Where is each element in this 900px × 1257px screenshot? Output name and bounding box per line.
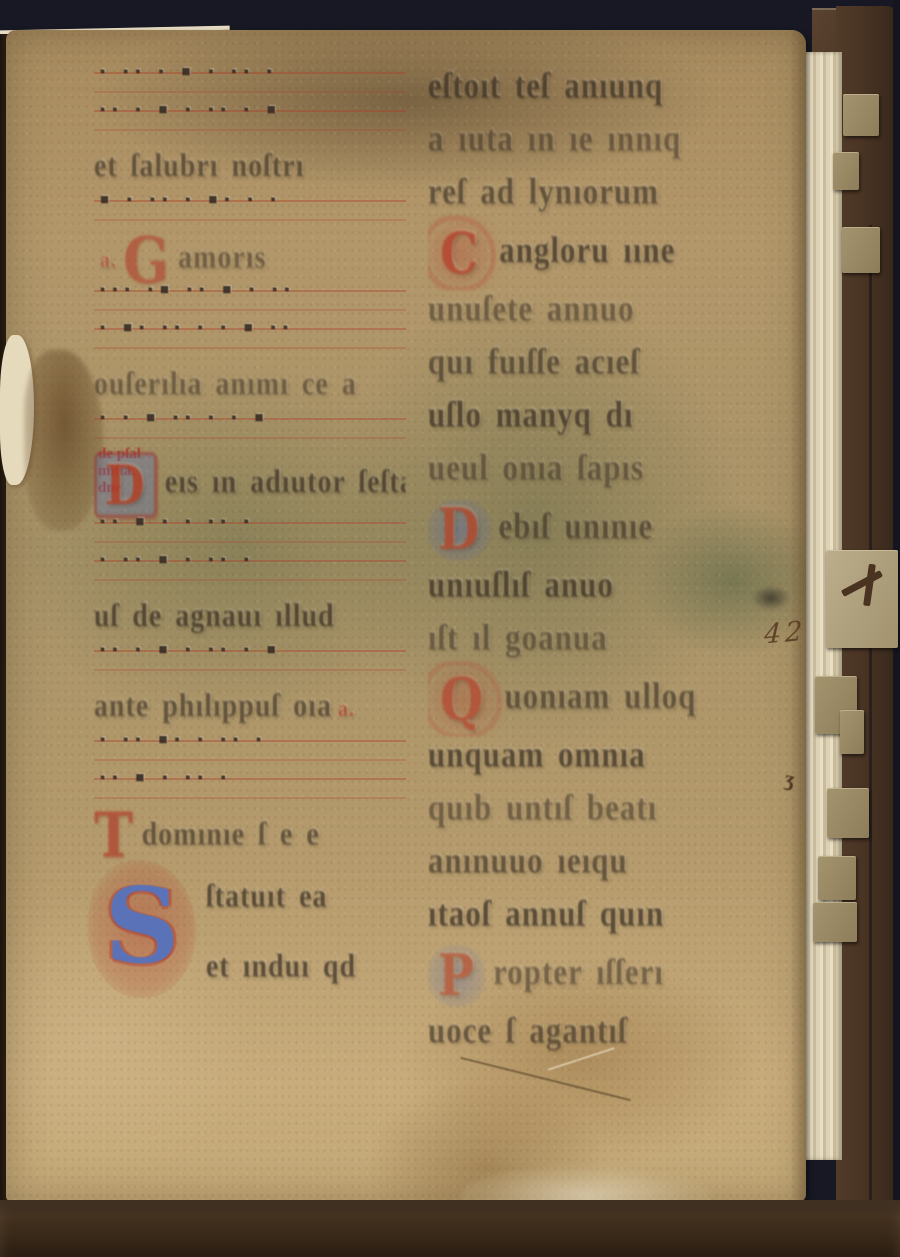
rubric-mark: a. <box>338 696 355 722</box>
folio-number: 42 <box>764 616 807 652</box>
page-tab[interactable] <box>827 788 869 838</box>
right-column-text: eſtoıt teſ anıunqa ıuta ın ıe ınnıqreſ a… <box>428 56 750 1054</box>
tab-marker-icon <box>841 570 883 597</box>
left-column-chant: ▪ ▪▪ ▪ ■ ▪ ▪▪ ▪▪▪ ▪ ■ ▪ ▪▪ ▪ ■et ſalubrı… <box>94 62 406 998</box>
chant-text-line: et ınduı qd <box>206 928 406 998</box>
neume-notation: ▪ ▪▪ ▪ ■ ▪ ▪▪ ▪ <box>100 64 279 81</box>
rubric-mark: a. <box>100 247 117 273</box>
book-edge-shadow <box>869 225 872 1215</box>
initial-block: Sſtatuıt eaet ınduı qd <box>94 858 406 998</box>
neume-notation: ▪ ▪ ■ ▪▪ ▪ ▪ ■ <box>100 410 271 427</box>
page-tab[interactable] <box>840 710 864 754</box>
page-tab[interactable] <box>843 94 879 136</box>
page-tab[interactable] <box>833 152 859 190</box>
decorated-initial-P: P <box>428 945 485 1006</box>
decorated-initial-Q: Q <box>428 666 497 734</box>
music-stave-line: ▪ ▪▪ ▪ ■ ▪ ▪▪ ▪ <box>94 62 406 100</box>
music-stave-line: ▪ ■▪ ▪▪ ▪ ▪ ■ ▪▪ <box>94 318 406 356</box>
music-stave-line: ▪ ▪▪ ■ ▪ ▪▪ ▪ <box>94 550 406 588</box>
ink-smudge <box>751 585 791 611</box>
neume-notation: ▪▪ ▪ ■ ▪ ▪▪ ▪ ■ <box>100 642 283 659</box>
music-stave-line: ▪▪ ■ ▪ ▪ ▪▪ ▪ <box>94 512 406 550</box>
music-stave-line: ▪▪ ■ ▪ ▪▪ ▪ <box>94 768 406 806</box>
neume-notation: ▪▪ ▪ ■ ▪ ▪▪ ▪ ■ <box>100 102 283 119</box>
text-line: uoce ſ agantıſ <box>428 1001 750 1064</box>
neume-notation: ▪▪ ■ ▪ ▪▪ ▪ <box>100 770 233 787</box>
decorated-initial-D: D <box>428 499 491 560</box>
decorated-initial-D: D <box>94 451 157 517</box>
manuscript-page[interactable]: de pſal miſta. dne ▪ ▪▪ ▪ ■ ▪ ▪▪ ▪▪▪ ▪ ■… <box>6 30 806 1202</box>
music-stave-line: ▪▪ ▪ ■ ▪ ▪▪ ▪ ■ <box>94 640 406 678</box>
neume-notation: ■ ▪ ▪▪ ▪ ■▪ ▪ ▪ <box>100 192 283 209</box>
decorated-initial-C: C <box>428 221 491 287</box>
page-tab[interactable] <box>813 902 857 942</box>
neume-notation: ▪▪ ■ ▪ ▪ ▪▪ ▪ <box>100 514 256 531</box>
neume-notation: ▪▪▪ ▪■ ▪▪ ■ ▪ ▪▪ <box>100 282 297 299</box>
page-tab-with-marker[interactable] <box>826 550 898 648</box>
music-stave-line: ▪▪▪ ▪■ ▪▪ ■ ▪ ▪▪ <box>94 280 406 318</box>
decorated-initial-S: S <box>88 860 196 998</box>
manuscript-photo: de pſal miſta. dne ▪ ▪▪ ▪ ■ ▪ ▪▪ ▪▪▪ ▪ ■… <box>0 0 900 1257</box>
chant-text: ſtatuıt eaet ınduı qd <box>206 858 406 998</box>
neume-notation: ▪ ▪▪ ■ ▪ ▪▪ ▪ <box>100 552 256 569</box>
music-stave-line: ▪ ▪▪ ■▪ ▪ ▪▪ ▪ <box>94 730 406 768</box>
neume-notation: ▪ ▪▪ ■▪ ▪ ▪▪ ▪ <box>100 732 268 749</box>
neume-notation: ▪ ■▪ ▪▪ ▪ ▪ ■ ▪▪ <box>100 320 295 337</box>
music-stave-line: ▪▪ ▪ ■ ▪ ▪▪ ▪ ■ <box>94 100 406 138</box>
page-tab[interactable] <box>842 227 880 273</box>
music-stave-line: ■ ▪ ▪▪ ▪ ■▪ ▪ ▪ <box>94 190 406 228</box>
page-tab[interactable] <box>818 856 856 900</box>
leather-cover-bottom-edge <box>0 1200 900 1257</box>
tab-marker-icon <box>863 564 876 607</box>
music-stave-line: ▪ ▪ ■ ▪▪ ▪ ▪ ■ <box>94 408 406 446</box>
